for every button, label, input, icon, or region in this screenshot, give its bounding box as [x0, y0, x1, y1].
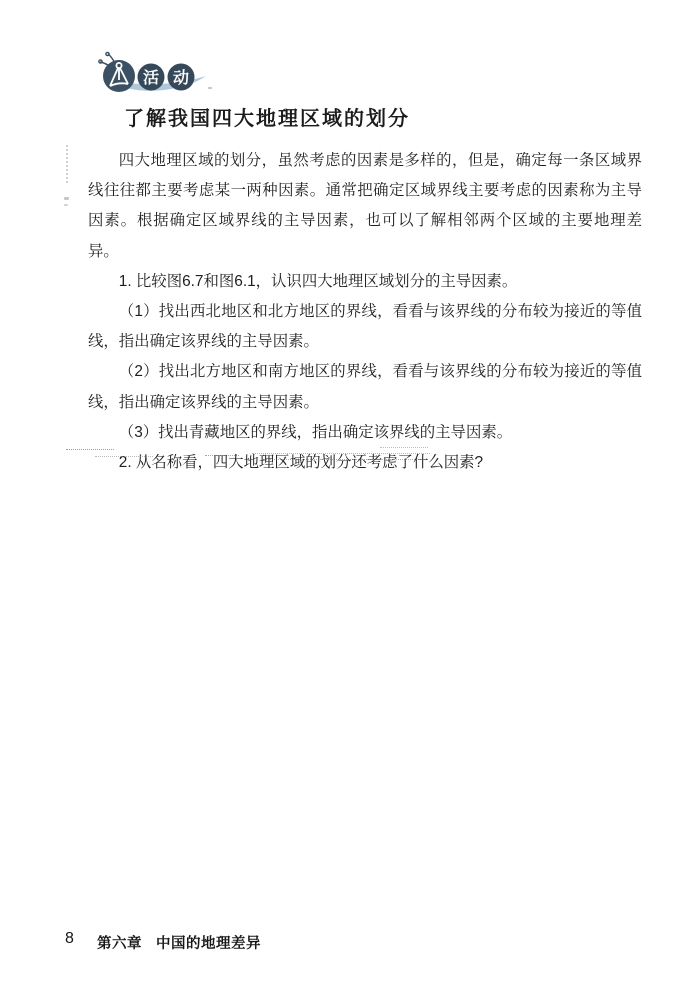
scan-speck: [64, 204, 68, 206]
task-1-sub-2: （2）找出北方地区和南方地区的界线，看看与该界线的分布较为接近的等值线，指出确定…: [88, 357, 642, 417]
body-text: 四大地理区域的划分，虽然考虑的因素是多样的，但是，确定每一条区域界线往往都主要考…: [88, 146, 642, 478]
textbook-page: 活 动 了解我国四大地理区域的划分 四大地理区域的划分，虽然考虑的因素是多样的，…: [0, 0, 699, 988]
chapter-label: 第六章: [97, 936, 142, 952]
page-number: 8: [65, 930, 74, 948]
section-heading: 了解我国四大地理区域的划分: [124, 102, 410, 131]
task-2: 2. 从名称看，四大地理区域的划分还考虑了什么因素?: [88, 448, 642, 478]
badge-char2: 动: [173, 69, 189, 87]
paragraph-intro: 四大地理区域的划分，虽然考虑的因素是多样的，但是，确定每一条区域界线往往都主要考…: [88, 146, 642, 267]
chapter-title: 第六章中国的地理差异: [97, 932, 261, 953]
scan-speck: [208, 87, 212, 89]
activity-badge-graphic: 活 动: [98, 50, 208, 100]
task-1: 1. 比较图6.7和图6.1，认识四大地理区域划分的主导因素。: [88, 267, 642, 297]
scan-vertical-dots: [66, 145, 68, 183]
task-1-sub-1: （1）找出西北地区和北方地区的界线，看看与该界线的分布较为接近的等值线，指出确定…: [88, 297, 642, 357]
activity-badge: 活 动: [98, 50, 208, 100]
badge-char1: 活: [143, 69, 159, 87]
task-1-sub-3: （3）找出青藏地区的界线，指出确定该界线的主导因素。: [88, 418, 642, 448]
scan-speck: [64, 197, 69, 200]
chapter-name: 中国的地理差异: [156, 936, 261, 952]
